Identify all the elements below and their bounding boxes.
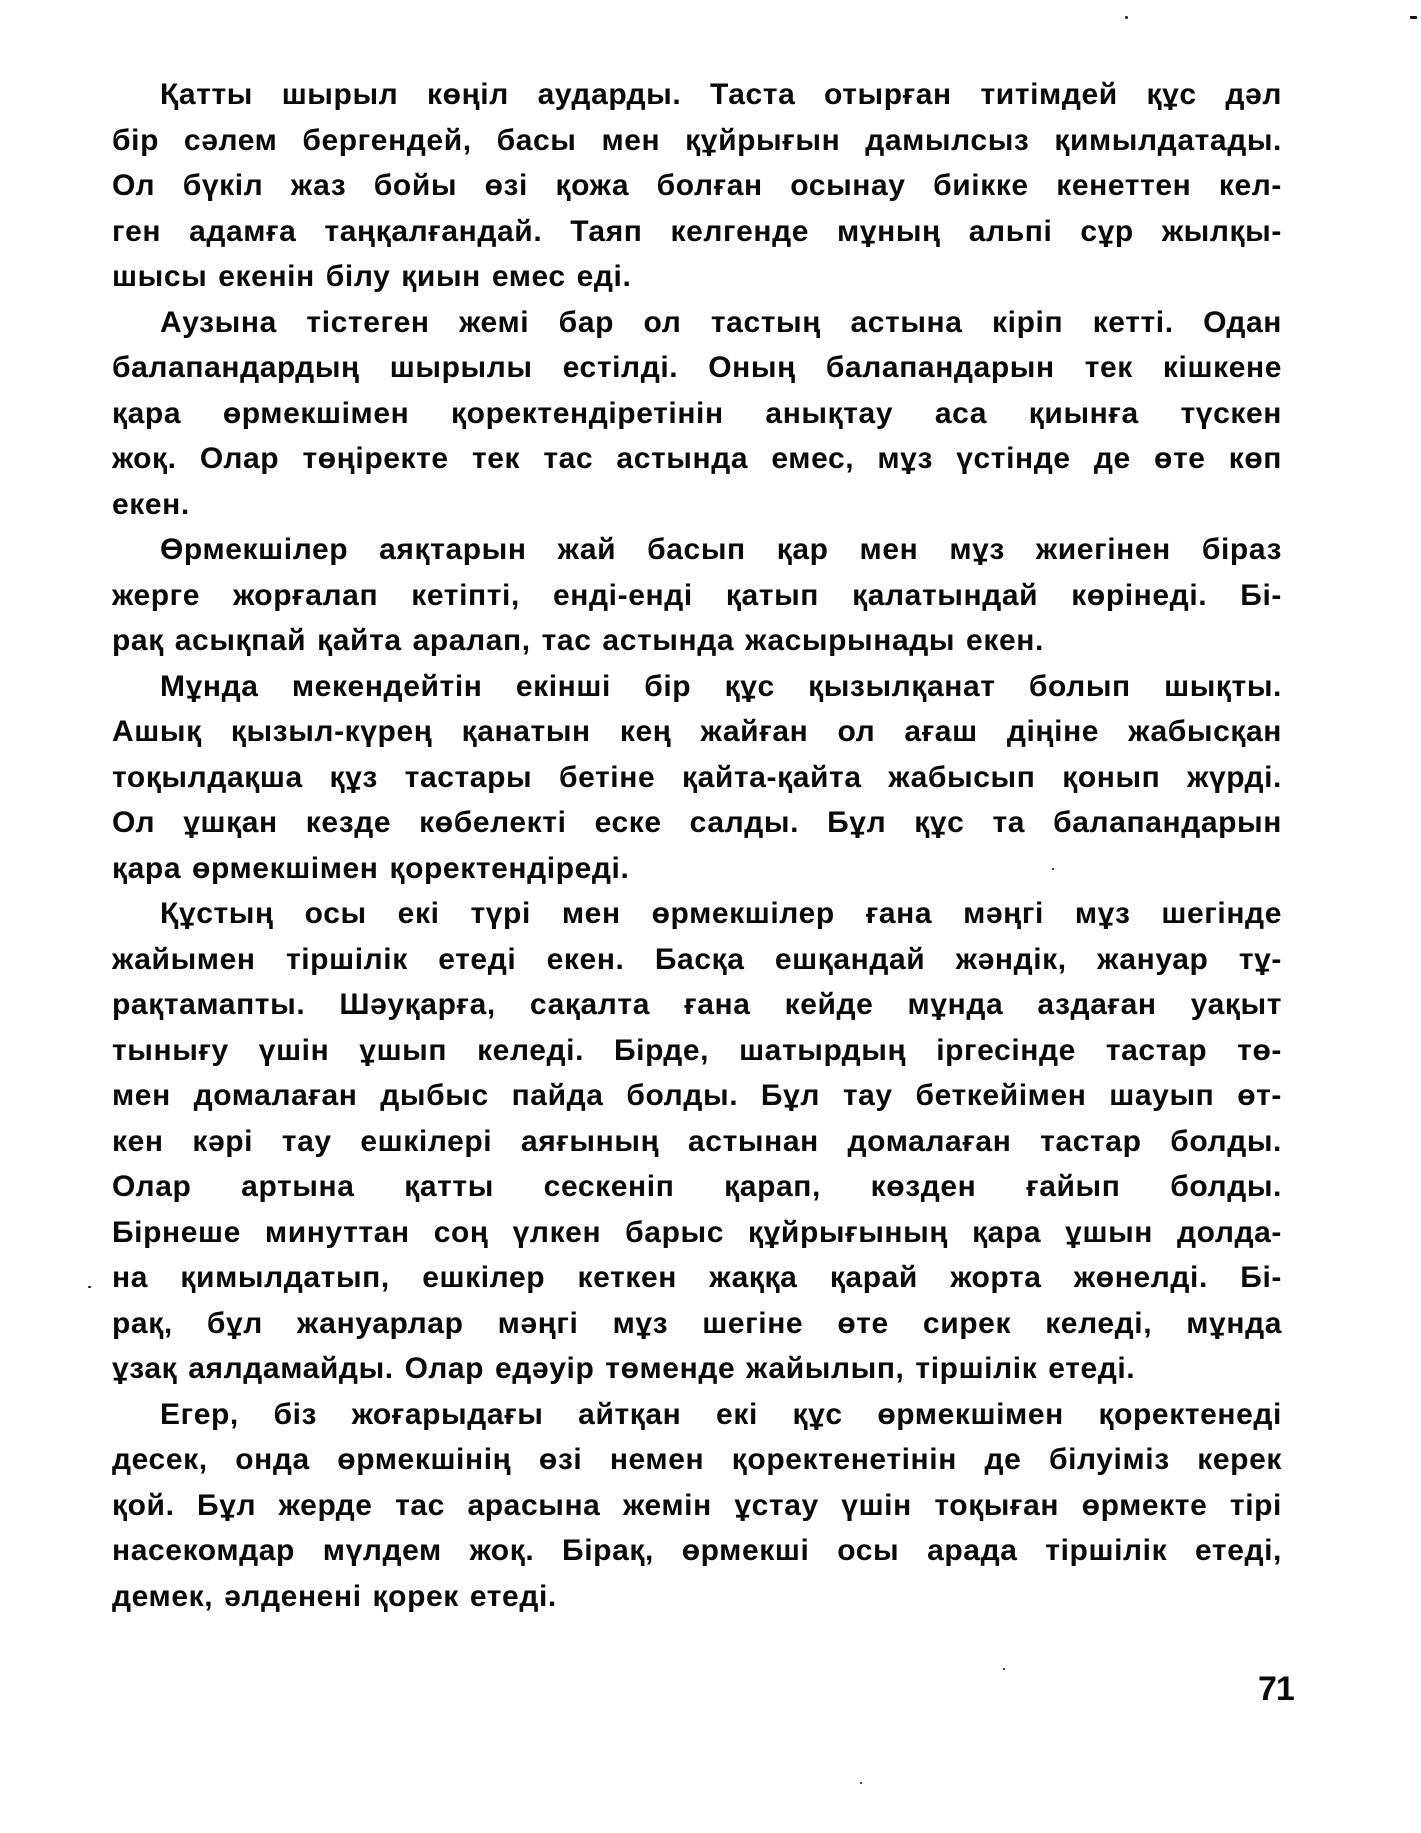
book-page: Қатты шырыл көңіл аударды. Таста отырған… — [0, 0, 1421, 1833]
text-line: екен. — [112, 482, 1282, 528]
text-line: ұзақ аялдамайды. Олар едәуір төменде жай… — [112, 1346, 1282, 1392]
paragraph: Мұнда мекендейтін екінші бір құс қызылқа… — [112, 664, 1282, 892]
text-line: рақ, бұл жануарлар мәңгі мұз шегіне өте … — [112, 1301, 1282, 1347]
text-line: рақ асықпай қайта аралап, тас астында жа… — [112, 618, 1282, 664]
scan-speck — [88, 1286, 91, 1288]
text-line: Мұнда мекендейтін екінші бір құс қызылқа… — [112, 664, 1282, 710]
text-line: Олар артына қатты сескеніп қарап, көзден… — [112, 1164, 1282, 1210]
text-line: Егер, біз жоғарыдағы айтқан екі құс өрме… — [112, 1392, 1282, 1438]
paragraph: Аузына тістеген жемі бар ол тастың астын… — [112, 300, 1282, 528]
scan-speck — [1003, 1668, 1005, 1670]
scan-speck — [1410, 16, 1417, 19]
text-line: жерге жорғалап кетіпті, енді-енді қатып … — [112, 573, 1282, 619]
scan-speck — [1052, 868, 1054, 870]
text-line: қой. Бұл жерде тас арасына жемін ұстау ү… — [112, 1483, 1282, 1529]
paragraph: Өрмекшілер аяқтарын жай басып қар мен мұ… — [112, 527, 1282, 664]
body-text: Қатты шырыл көңіл аударды. Таста отырған… — [112, 72, 1282, 1619]
text-line: Бірнеше минуттан соң үлкен барыс құйрығы… — [112, 1210, 1282, 1256]
text-line: қара өрмекшімен қоректендіретінін анықта… — [112, 391, 1282, 437]
text-line: қара өрмекшімен қоректендіреді. — [112, 846, 1282, 892]
text-line: демек, әлденені қорек етеді. — [112, 1574, 1282, 1620]
text-line: Өрмекшілер аяқтарын жай басып қар мен мұ… — [112, 527, 1282, 573]
text-line: Ол бүкіл жаз бойы өзі қожа болған осынау… — [112, 163, 1282, 209]
text-line: Қатты шырыл көңіл аударды. Таста отырған… — [112, 72, 1282, 118]
text-line: Аузына тістеген жемі бар ол тастың астын… — [112, 300, 1282, 346]
text-line: на қимылдатып, ешкілер кеткен жаққа қара… — [112, 1255, 1282, 1301]
text-line: рақтамапты. Шәуқарға, сақалта ғана кейде… — [112, 982, 1282, 1028]
text-line: балапандардың шырылы естілді. Оның балап… — [112, 345, 1282, 391]
text-line: Ашық қызыл-күрең қанатын кең жайған ол а… — [112, 709, 1282, 755]
text-line: шысы екенін білу қиын емес еді. — [112, 254, 1282, 300]
text-line: насекомдар мүлдем жоқ. Бірақ, өрмекші ос… — [112, 1528, 1282, 1574]
text-line: Ол ұшқан кезде көбелекті еске салды. Бұл… — [112, 800, 1282, 846]
scan-speck — [1125, 16, 1128, 19]
paragraph: Қатты шырыл көңіл аударды. Таста отырған… — [112, 72, 1282, 300]
text-line: жайымен тіршілік етеді екен. Басқа ешқан… — [112, 937, 1282, 983]
text-line: десек, онда өрмекшінің өзі немен қоректе… — [112, 1437, 1282, 1483]
scan-speck — [860, 1782, 862, 1784]
page-number: 71 — [1258, 1670, 1294, 1709]
text-line: жоқ. Олар төңіректе тек тас астында емес… — [112, 436, 1282, 482]
paragraph: Егер, біз жоғарыдағы айтқан екі құс өрме… — [112, 1392, 1282, 1620]
paragraph: Құстың осы екі түрі мен өрмекшілер ғана … — [112, 891, 1282, 1392]
text-line: мен домалаған дыбыс пайда болды. Бұл тау… — [112, 1073, 1282, 1119]
text-line: бір сәлем бергендей, басы мен құйрығын д… — [112, 118, 1282, 164]
text-line: Құстың осы екі түрі мен өрмекшілер ғана … — [112, 891, 1282, 937]
text-line: ген адамға таңқалғандай. Таяп келгенде м… — [112, 209, 1282, 255]
text-line: тоқылдақша құз тастары бетіне қайта-қайт… — [112, 755, 1282, 801]
text-line: кен кәрі тау ешкілері аяғының астынан до… — [112, 1119, 1282, 1165]
text-line: тынығу үшін ұшып келеді. Бірде, шатырдың… — [112, 1028, 1282, 1074]
